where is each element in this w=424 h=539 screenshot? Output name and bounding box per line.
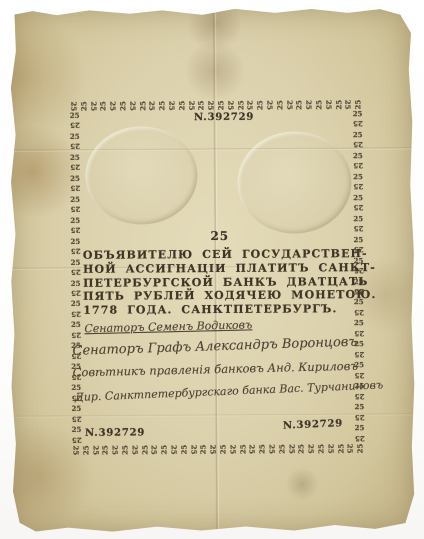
border-glyph: 25 [189,444,198,454]
border-glyph: 25 [70,226,80,235]
border-glyph: 25 [158,100,167,110]
border-glyph: 25 [150,444,159,454]
border-glyph: 25 [355,434,365,443]
border-glyph: 25 [128,101,137,111]
border-glyph: 25 [71,299,81,308]
border-glyph: 25 [70,174,80,183]
border-glyph: 25 [275,100,284,110]
border-glyph: 25 [70,236,80,245]
border-glyph: 25 [354,402,364,411]
border-glyph: 25 [71,310,81,319]
border-glyph: 25 [70,142,80,151]
border-glyph: 25 [267,444,276,454]
border-glyph: 25 [356,443,365,453]
border-glyph: 25 [326,443,335,453]
border-glyph: 25 [353,161,363,170]
border-glyph: 25 [209,444,218,454]
border-bottom-ornament: 2525252525252525252525252525252525252525… [71,443,365,455]
border-glyph: 25 [109,101,118,111]
border-glyph: 25 [111,445,120,455]
border-glyph: 25 [353,151,363,160]
border-glyph: 25 [71,445,80,455]
border-glyph: 25 [248,444,257,454]
border-glyph: 25 [297,444,306,454]
border-glyph: 25 [304,100,313,110]
border-glyph: 25 [277,444,286,454]
border-glyph: 25 [70,247,80,256]
border-glyph: 25 [130,445,139,455]
border-glyph: 25 [81,445,90,455]
border-glyph: 25 [70,111,80,120]
border-glyph: 25 [255,100,264,110]
border-glyph: 25 [167,100,176,110]
border-glyph: 25 [344,99,353,109]
border-glyph: 25 [199,444,208,454]
border-glyph: 25 [69,101,78,111]
border-glyph: 25 [353,130,363,139]
obligation-line: 1778 ГОДА. САНКТПЕТЕРБУРГЪ. [83,302,363,318]
border-glyph: 25 [265,100,274,110]
border-glyph: 25 [307,443,316,453]
obligation-line: ОБЪЯВИТЕЛЮ СЕЙ ГОСУДАРСТВЕН- [83,247,363,263]
border-glyph: 25 [70,132,80,141]
signature-bank-board-advisor: Совѣтникъ правленія банковъ Анд. Кирилов… [72,358,372,379]
border-glyph: 25 [71,257,81,266]
denomination-numeral: 25 [180,229,260,243]
border-glyph: 25 [236,100,245,110]
border-glyph: 25 [353,109,363,118]
border-glyph: 25 [216,100,225,110]
border-glyph: 25 [354,413,364,422]
border-glyph: 25 [138,101,147,111]
photo-background: { "banknote": { "serial_number_top": "N.… [0,0,424,539]
border-glyph: 25 [118,101,127,111]
signatures-block: Сенаторъ Семенъ Водиковъ Сенаторъ Графъ … [72,318,372,399]
border-glyph: 25 [218,444,227,454]
border-glyph: 25 [246,100,255,110]
serial-number-top: N.392729 [159,112,289,124]
border-top-ornament: 2525252525252525252525252525252525252525… [69,99,363,111]
border-glyph: 25 [316,443,325,453]
border-glyph: 25 [346,443,355,453]
border-glyph: 25 [353,203,363,212]
border-glyph: 25 [101,445,110,455]
border-glyph: 25 [314,99,323,109]
border-glyph: 25 [353,182,363,191]
border-glyph: 25 [70,195,80,204]
border-glyph: 25 [353,235,363,244]
border-glyph: 25 [187,100,196,110]
border-glyph: 25 [70,153,80,162]
border-glyph: 25 [72,425,82,434]
border-glyph: 25 [70,205,80,214]
border-glyph: 25 [99,101,108,111]
border-glyph: 25 [169,444,178,454]
border-glyph: 25 [334,99,343,109]
border-glyph: 25 [148,100,157,110]
signature-senator-2: Сенаторъ Графъ Александръ Воронцовъ [72,334,372,359]
border-glyph: 25 [285,100,294,110]
border-glyph: 25 [177,100,186,110]
border-glyph: 25 [120,445,129,455]
border-glyph: 25 [89,101,98,111]
border-glyph: 25 [72,435,82,444]
border-glyph: 25 [353,193,363,202]
border-glyph: 25 [295,100,304,110]
border-glyph: 25 [71,278,81,287]
border-glyph: 25 [353,120,363,129]
assignat-banknote-paper: 2525252525252525252525252525252525252525… [8,7,415,533]
border-glyph: 25 [228,444,237,454]
border-glyph: 25 [353,99,362,109]
border-glyph: 25 [353,224,363,233]
border-glyph: 25 [71,268,81,277]
border-glyph: 25 [226,100,235,110]
border-glyph: 25 [72,414,82,423]
border-glyph: 25 [70,215,80,224]
border-glyph: 25 [238,444,247,454]
border-glyph: 25 [140,445,149,455]
serial-number-bottom-left: N.392729 [85,427,145,438]
border-glyph: 25 [179,444,188,454]
border-glyph: 25 [70,184,80,193]
border-glyph: 25 [336,443,345,453]
border-glyph: 25 [287,444,296,454]
border-glyph: 25 [79,101,88,111]
border-glyph: 25 [91,445,100,455]
obligation-text-block: ОБЪЯВИТЕЛЮ СЕЙ ГОСУДАРСТВЕН- НОЙ АССИГНА… [83,247,363,318]
border-glyph: 25 [353,214,363,223]
border-glyph: 25 [353,140,363,149]
border-glyph: 25 [160,444,169,454]
obligation-line: НОЙ АССИГНАЦІИ ПЛАТИТЪ САНКТ- [83,261,363,277]
border-glyph: 25 [206,100,215,110]
border-glyph: 25 [71,289,81,298]
border-glyph: 25 [197,100,206,110]
border-glyph: 25 [70,163,80,172]
border-glyph: 25 [71,404,81,413]
border-glyph: 25 [70,121,80,130]
border-glyph: 25 [324,99,333,109]
border-glyph: 25 [258,444,267,454]
border-glyph: 25 [355,423,365,432]
border-glyph: 25 [353,172,363,181]
